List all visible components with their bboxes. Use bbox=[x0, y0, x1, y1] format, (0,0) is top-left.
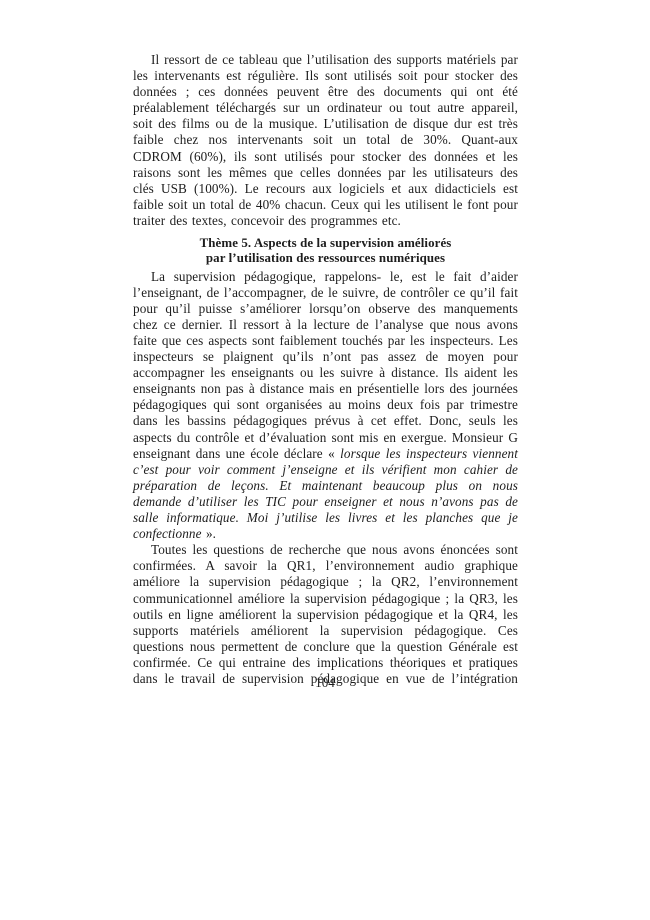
paragraph-questions-recherche: Toutes les questions de recherche que no… bbox=[133, 542, 518, 687]
theme-5-heading-line-1: Thème 5. Aspects de la supervision améli… bbox=[200, 236, 452, 250]
paragraph-supports-materiels: Il ressort de ce tableau que l’utilisati… bbox=[133, 52, 518, 229]
paragraph-supervision-lead: La supervision pédagogique, rappelons- l… bbox=[133, 269, 518, 461]
theme-5-heading-line-2: par l’utilisation des ressources numériq… bbox=[206, 251, 445, 265]
page-number: 104 bbox=[0, 675, 650, 691]
paragraph-supervision-pedagogique: La supervision pédagogique, rappelons- l… bbox=[133, 269, 518, 543]
document-page: Il ressort de ce tableau que l’utilisati… bbox=[0, 0, 650, 920]
theme-5-heading: Thème 5. Aspects de la supervision améli… bbox=[133, 236, 518, 266]
text-block: Il ressort de ce tableau que l’utilisati… bbox=[133, 52, 518, 687]
paragraph-supervision-tail: ». bbox=[202, 526, 217, 541]
